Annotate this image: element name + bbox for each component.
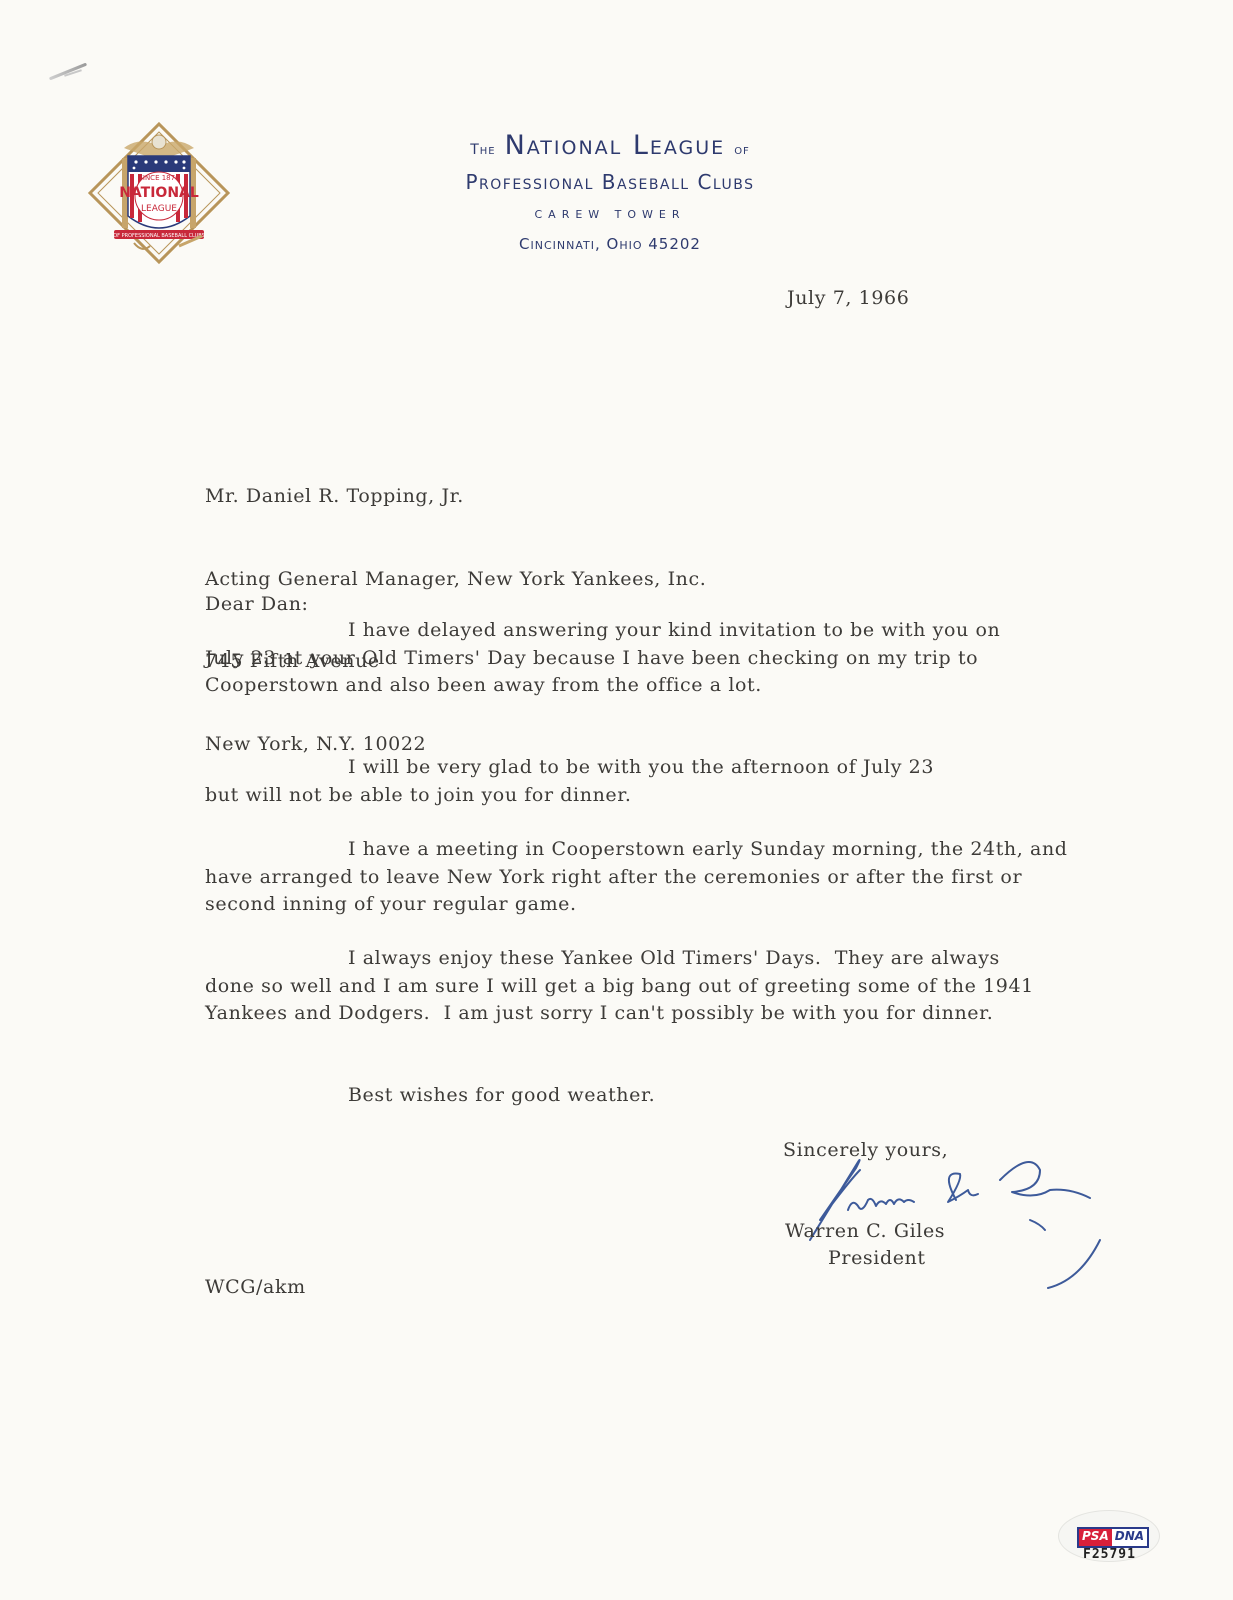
paper-crease-mark bbox=[49, 63, 87, 81]
signer-name: Warren C. Giles bbox=[785, 1220, 945, 1242]
certificate-number: F25791 bbox=[1083, 1547, 1136, 1562]
letterhead-title: The National League of bbox=[360, 130, 860, 166]
letterhead: The National League of Professional Base… bbox=[360, 130, 860, 258]
national-league-logo-icon: SINCE 1876 NATIONAL LEAGUE OF PROFESSION… bbox=[84, 118, 234, 268]
paragraph-text: I always enjoy these Yankee Old Timers' … bbox=[205, 947, 1041, 1024]
body-paragraph-3: I have a meeting in Cooperstown early Su… bbox=[205, 836, 1075, 919]
body-paragraph-1: I have delayed answering your kind invit… bbox=[205, 617, 1035, 700]
paragraph-text: Best wishes for good weather. bbox=[348, 1084, 655, 1106]
letterhead-building: CAREW TOWER bbox=[360, 200, 860, 230]
salutation: Dear Dan: bbox=[205, 593, 309, 615]
svg-text:OF PROFESSIONAL BASEBALL CLUBS: OF PROFESSIONAL BASEBALL CLUBS bbox=[113, 233, 205, 239]
svg-text:LEAGUE: LEAGUE bbox=[141, 204, 177, 214]
recipient-line: Acting General Manager, New York Yankees… bbox=[205, 566, 706, 594]
body-paragraph-4: I always enjoy these Yankee Old Timers' … bbox=[205, 945, 1035, 1028]
svg-text:NATIONAL: NATIONAL bbox=[119, 185, 199, 201]
svg-text:SINCE 1876: SINCE 1876 bbox=[138, 174, 180, 182]
letterhead-subtitle: Professional Baseball Clubs bbox=[360, 166, 860, 198]
body-paragraph-5: Best wishes for good weather. bbox=[205, 1082, 1035, 1110]
paragraph-text: I will be very glad to be with you the a… bbox=[205, 756, 934, 806]
recipient-line: Mr. Daniel R. Topping, Jr. bbox=[205, 483, 706, 511]
letterhead-the: The bbox=[470, 142, 495, 158]
reference-initials: WCG/akm bbox=[205, 1276, 306, 1298]
psa-dna-logo-icon: PSA DNA bbox=[1077, 1527, 1149, 1548]
letterhead-city: Cincinnati, Ohio 45202 bbox=[360, 230, 860, 258]
body-paragraph-2: I will be very glad to be with you the a… bbox=[205, 754, 965, 809]
signer-title: President bbox=[828, 1247, 926, 1269]
psa-label: PSA bbox=[1079, 1529, 1112, 1546]
letterhead-of: of bbox=[734, 142, 750, 158]
paragraph-text: I have delayed answering your kind invit… bbox=[205, 619, 1000, 696]
letterhead-national-league: National League bbox=[505, 130, 726, 161]
dna-label: DNA bbox=[1112, 1529, 1147, 1546]
letter-date: July 7, 1966 bbox=[787, 287, 909, 309]
paragraph-text: I have a meeting in Cooperstown early Su… bbox=[205, 838, 1068, 915]
